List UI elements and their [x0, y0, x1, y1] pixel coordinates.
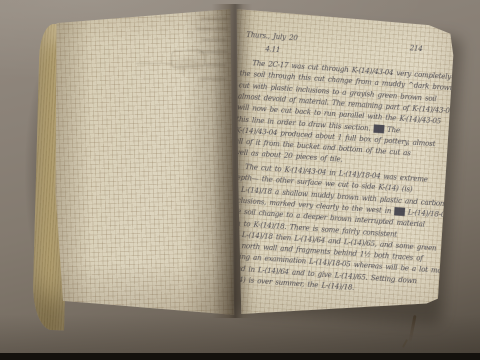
right-page-journal-entry: Thurs., July 20 214 4.11 The 2C-17 was c…: [230, 6, 456, 314]
table-edge-dark-strip: [0, 353, 480, 360]
photo-open-notebook: { "notebook": { "right_page": { "date": …: [0, 0, 480, 360]
left-page-shading: [50, 6, 236, 318]
gutter-shadow: [212, 4, 252, 318]
left-page-blank-grid: [50, 6, 236, 318]
right-page-shading: [230, 6, 456, 314]
